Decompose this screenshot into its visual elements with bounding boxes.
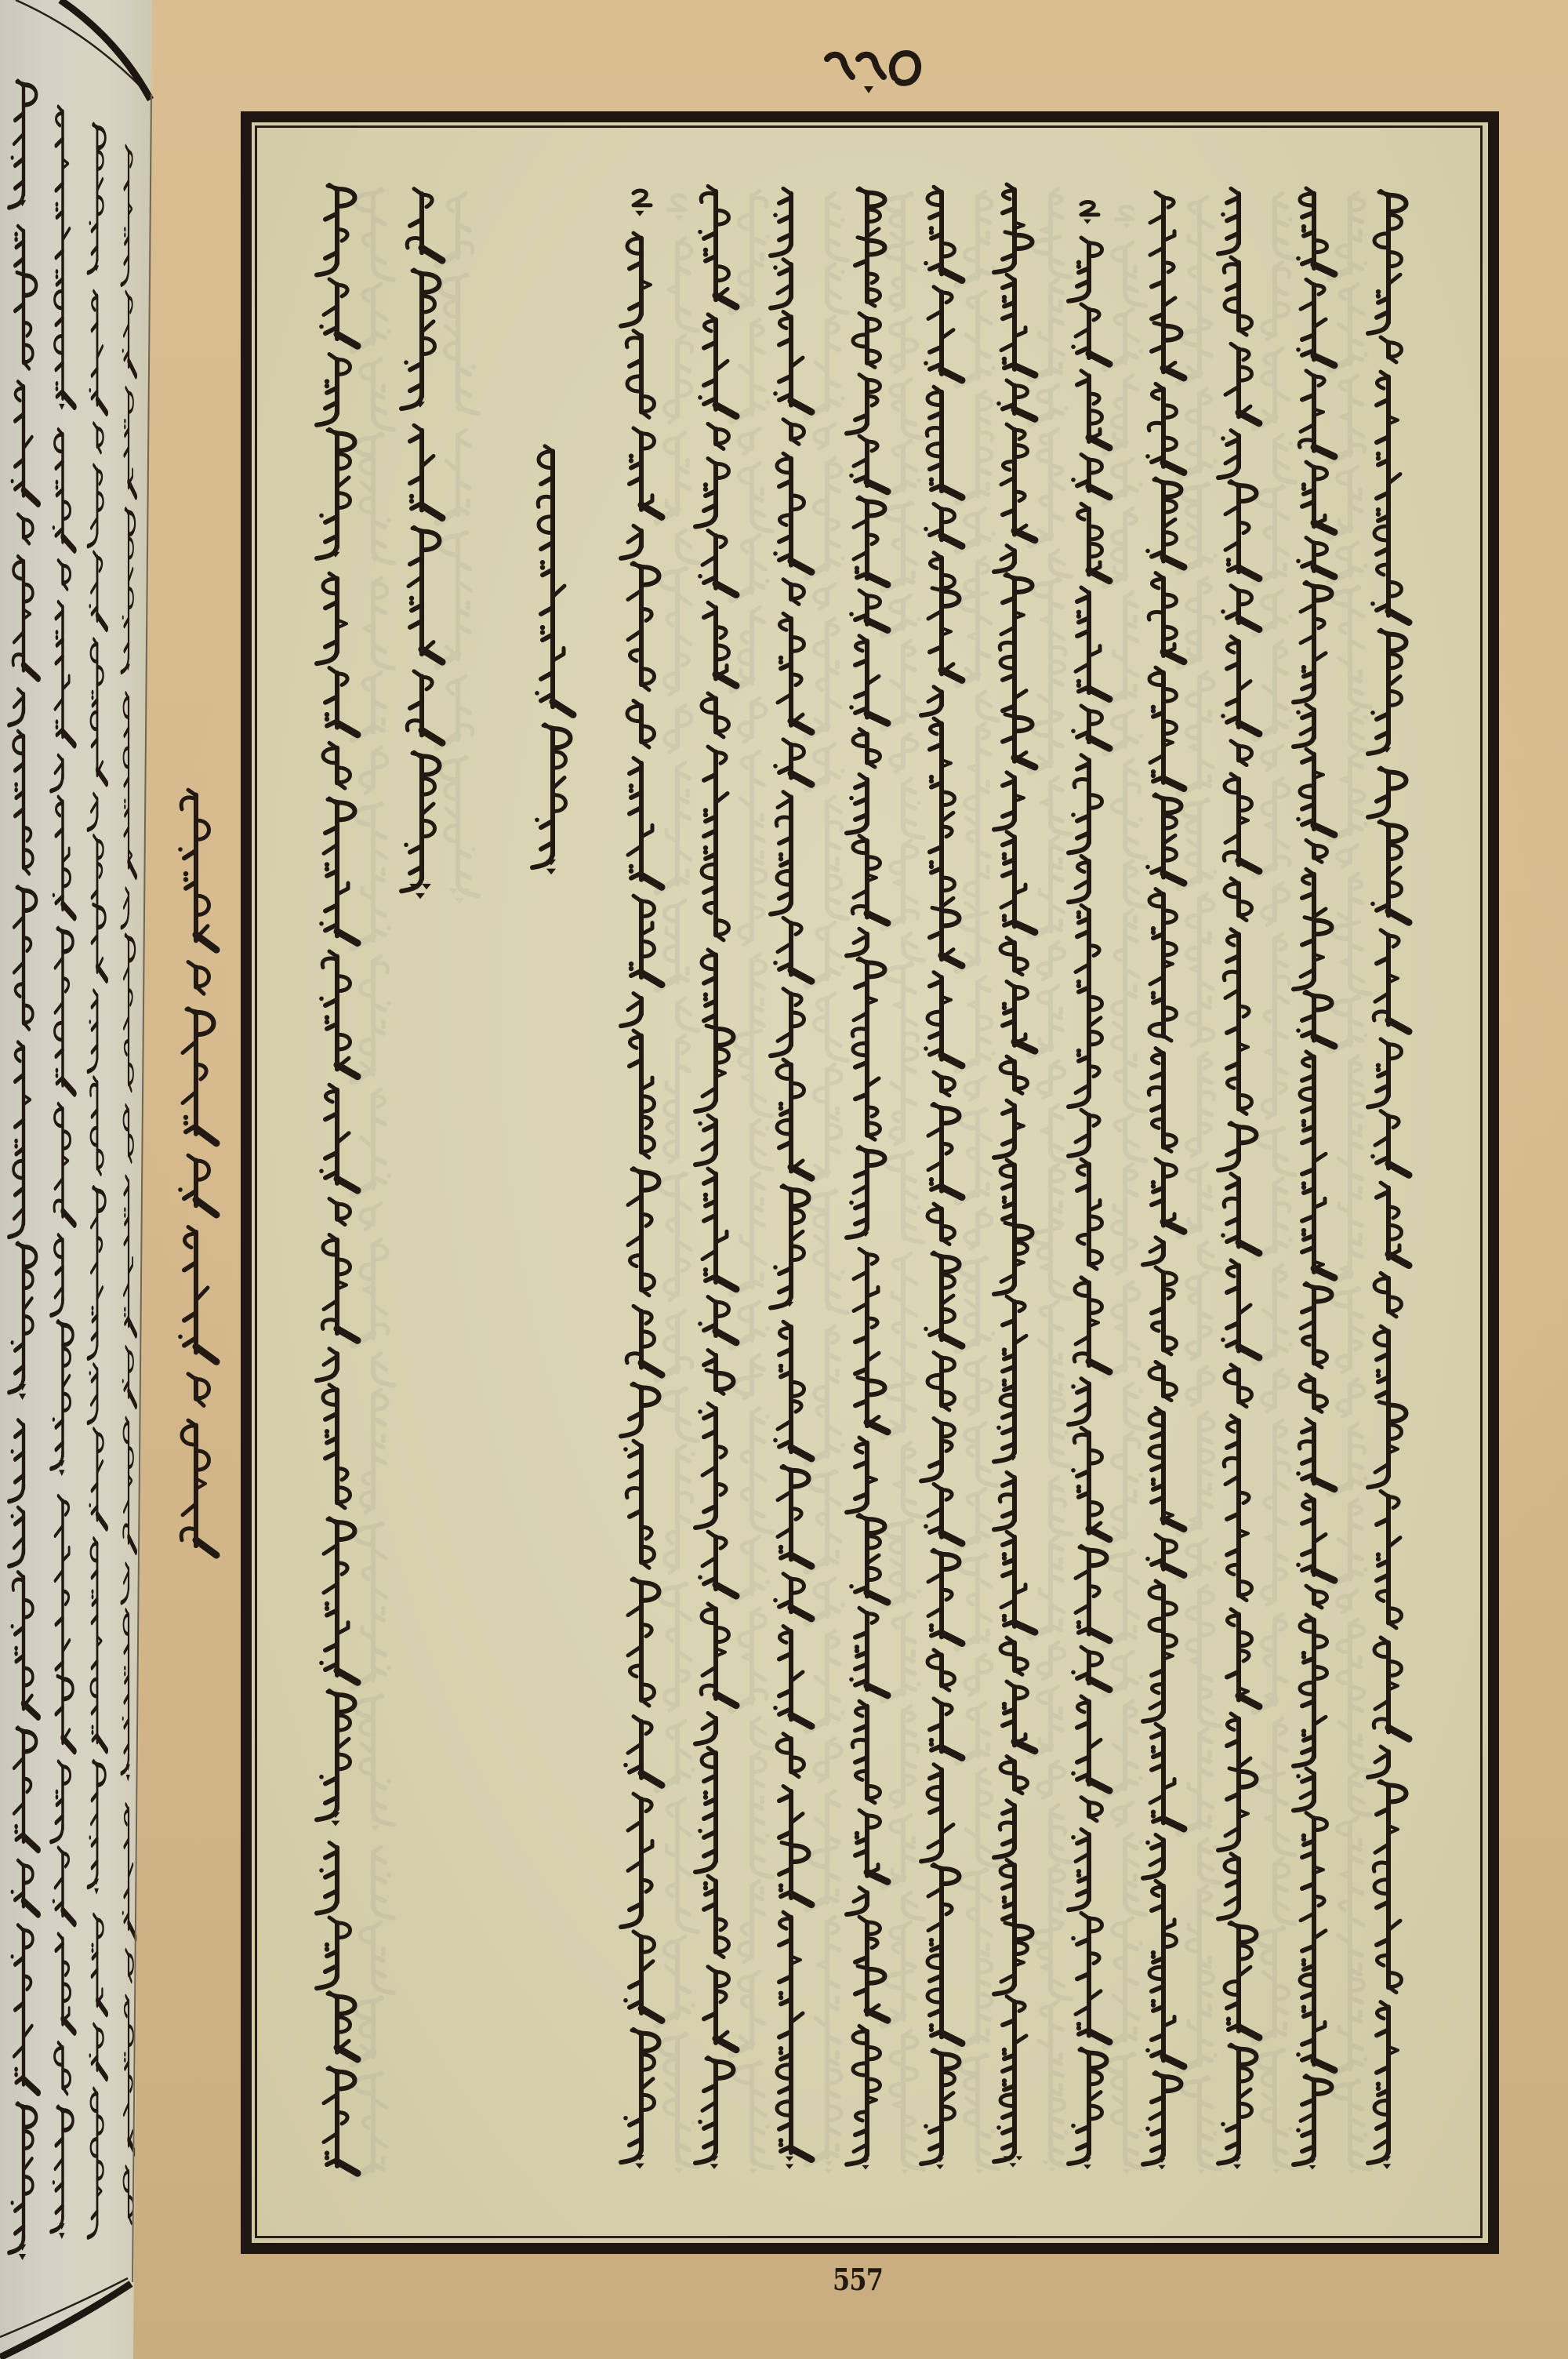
page-number-arabic: 557 [833, 2262, 883, 2297]
mongolian-script-glyphs [902, 191, 981, 2172]
text-column: ᠮᠣᠩᠭᠣᠯ ᠬᠡᠯᠡᠨ ᠦ ᠦᠭᠡ ᠶᠢᠨ ᠡᠴᠦᠰ ᠲᠦ ᠵᠠᠯᠭᠠᠭᠳᠠᠬ… [677, 190, 755, 2172]
mongolian-script-glyphs [752, 192, 830, 2172]
mongolian-script-glyphs [1200, 192, 1278, 2172]
mongolian-script-glyphs [1124, 196, 1203, 2172]
text-column: ᠶᠠᠮ ᠪᠣᠯᠤᠨ᠎ᠠ᠂ ᠡᠯᠡᠭ ᠪᠠᠢᠭᠠᠯ ᠶᠠᠮ ᠪᠣᠯᠤᠨ᠎ᠠ᠄ [383, 192, 461, 906]
text-column: ᠲᠡᠭᠦᠨ ᠴᠢᠯᠡᠨ ᠵᠠᠷᠢᠮ ᠦᠭᠡᠰ ᠦᠨ ᠪᠢᠴᠢᠯᠭᠡ ᠨᠢ ᠡᠷᠲ… [1275, 192, 1353, 2172]
mongolian-numerals-icon [819, 43, 925, 98]
text-column: ᠲᠡᠭᠦᠨ ᠴᠢᠯᠡᠨ ᠲᠡᠮᠳᠡᠭ ᠦᠨ ᠬᠤᠪᠢᠷᠠᠯ ᠢ ᠬᠠᠷᠭᠤᠯᠵᠠ… [902, 191, 981, 2172]
mongolian-script-glyphs [975, 188, 1054, 2172]
running-header: ᠮᠣᠩᠭᠣᠯ ᠤ ᠪᠢᠴᠢᠭ ᠦᠨ ᠬᠡᠯᠡᠨ ᠦ ᠳᠦᠷᠢᠮ [157, 793, 235, 1549]
facing-page-frame-lines [0, 0, 157, 2359]
text-column: ᠡᠨᠡ ᠮᠡᠲᠦ ᠵᠦᠢᠯ ᠨᠢ ᠪᠢᠴᠢᠭ ᠦᠨ ᠬᠡᠯᠡᠨ ᠦ ᠳᠦᠷᠢᠮ … [1200, 192, 1278, 2172]
text-column: ᠪᠡᠶ᠎ᠡ ᠶᠢᠨ ᠦᠭᠡ ᠪᠣᠯᠤᠨ᠎ᠠ᠂ ᠲᠡᠷᠡ ᠴᠠᠭ ᠲᠤ ᠪᠠᠢᠭᠰ… [298, 188, 376, 2168]
text-column: ᠵᠢᠱᠢᠶᠡᠯᠡᠪᠡᠯ ᠬᠦᠮᠦᠨ ᠪᠣᠯᠤᠨ ᠬᠦᠮᠦᠰ ᠲᠣᠭᠣᠷᠢᠭ ᠪᠣ… [1124, 196, 1203, 2172]
text-column: ᠓᠂ ᠦᠭᠡ ᠶᠢᠨ ᠡᠴᠦᠰ ᠦᠨ ᠬᠣᠣᠰ ᠡᠭᠡᠰᠢᠭ ᠦᠨ ᠡᠮᠦᠨ᠎ᠡ… [1050, 200, 1128, 2172]
text-column: ᠪᠣᠯᠪᠠᠴᠤ ᠣᠳᠣ ᠦᠶ᠎ᠡ ᠶᠢᠨ ᠪᠢᠴᠢᠭ ᠦᠨ ᠬᠡᠯᠡᠨ ᠳᠦ ᠡ… [828, 192, 906, 2172]
page-number-mongolian: ᠕᠕᠗ [819, 43, 925, 98]
mongolian-script-glyphs [298, 188, 376, 2168]
text-column: ᠒᠂ ᠲᠡᠷᠡ ᠮᠡᠲᠦ ᠦᠭᠡᠰ ᠢ ᠪᠢᠴᠢᠬᠦ ᠳᠦ ᠡᠭᠡᠰᠢᠭ ᠦᠰᠦ… [602, 188, 681, 2172]
mongolian-script-glyphs [1349, 194, 1428, 2172]
text-column: ᠡᠨᠡ ᠨᠢ ᠬᠡᠯᠡᠨ ᠦ ᠲᠡᠦᠬᠡᠨ ᠦ ᠬᠦᠭᠵᠢᠯ ᠦᠨ ᠢᠮᠠᠭᠲᠠ… [752, 192, 830, 2172]
mongolian-script-glyphs [828, 192, 906, 2172]
mongolian-script-glyphs [514, 449, 592, 878]
mongolian-script-glyphs [383, 192, 461, 906]
text-column: ᠪᠣᠳᠣᠯᠭ᠎ᠠ ᠤ ᠬᠡᠷᠡᠭᠯᠡᠭᠳᠡᠬᠦᠨ ᠪᠣᠯᠤᠨ᠎ᠠ᠂ ᠪᠠ ᠪᠣᠯ… [1349, 194, 1428, 2172]
mongolian-script-glyphs [157, 793, 235, 1549]
section-heading-column: ᠲᠡᠮᠳᠡᠭᠯᠡᠭᠰᠡᠨ ᠪᠣᠯᠤᠨ᠎ᠠ᠃ [514, 449, 592, 878]
mongolian-script-glyphs [677, 190, 755, 2172]
text-column: ᠬᠡᠷᠪᠡ ᠡᠭᠡᠰᠢᠭ ᠦᠨ ᠵᠣᠬᠢᠴᠠᠯ ᠢ ᠪᠠᠷᠢᠮᠲᠠᠯᠠᠪᠠᠯ ᠡ… [975, 188, 1054, 2172]
mongolian-script-glyphs [1050, 200, 1128, 2172]
mongolian-script-glyphs [602, 188, 681, 2172]
mongolian-script-glyphs [1275, 192, 1353, 2172]
